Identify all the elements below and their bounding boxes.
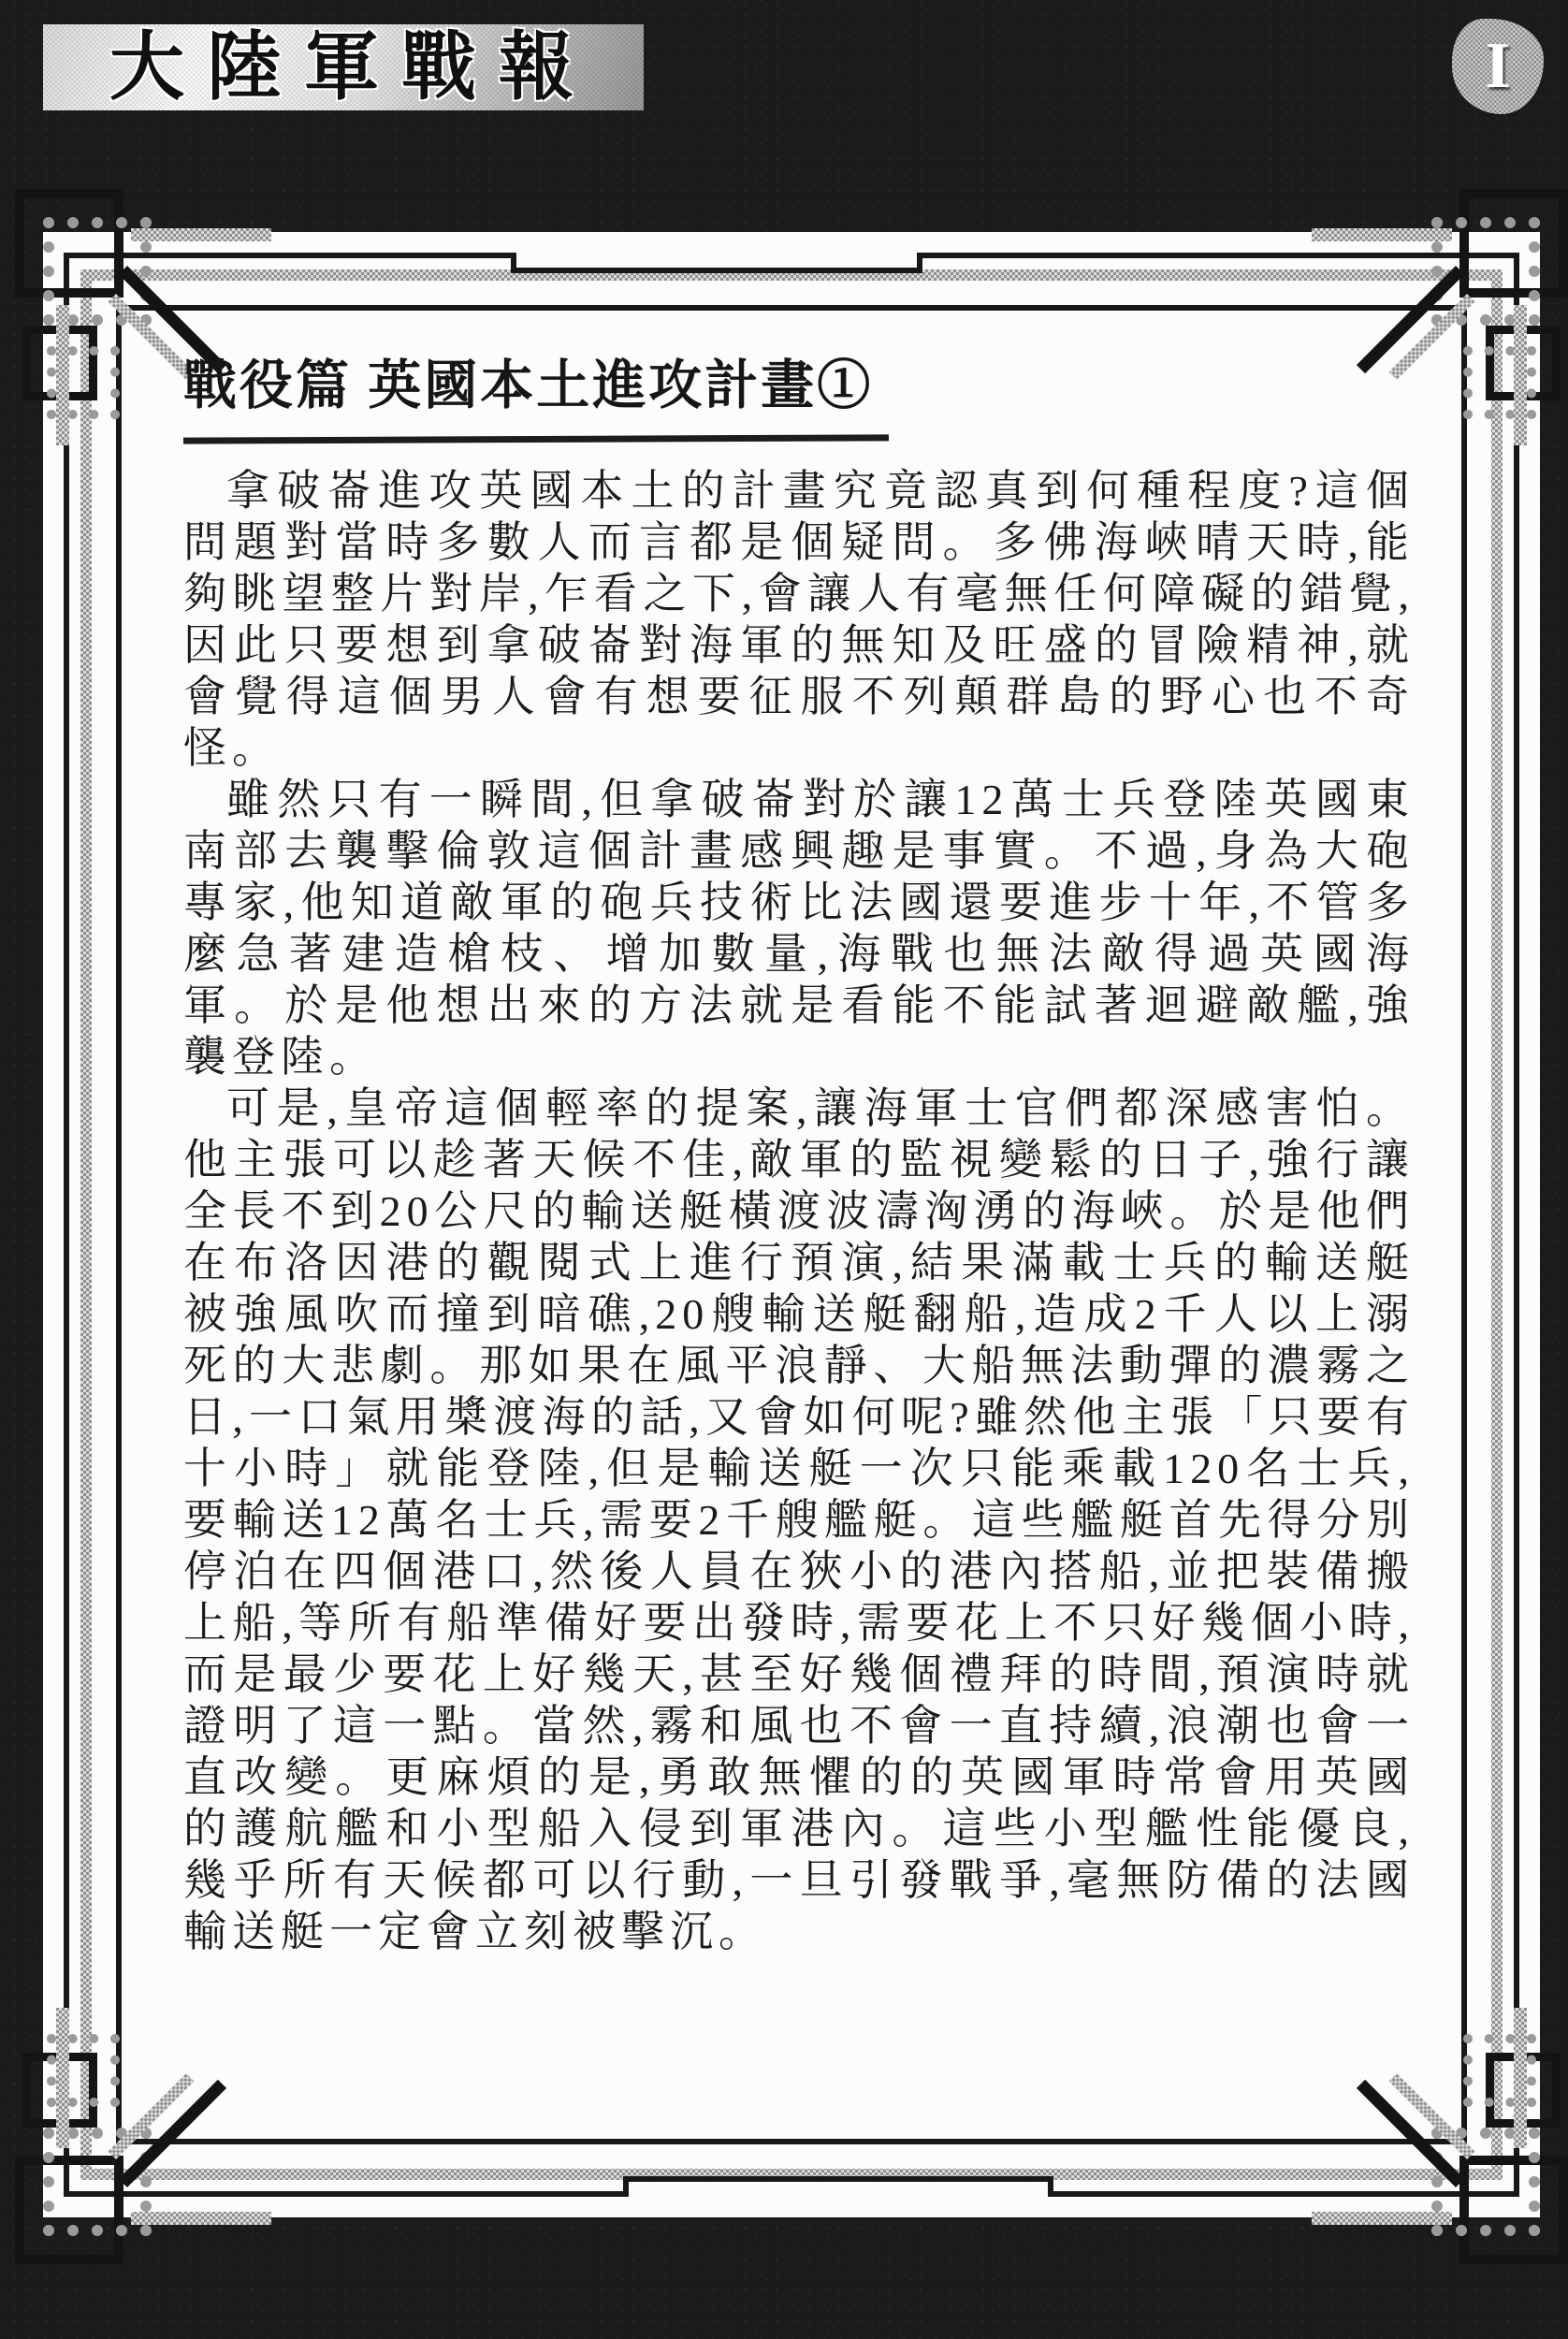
corner-bar-horizontal — [1312, 228, 1452, 241]
frame-border-step-joint — [917, 253, 922, 273]
heading-underline — [183, 434, 889, 443]
corner-bar-horizontal — [131, 228, 271, 241]
frame-border-step-line-top — [511, 268, 922, 273]
article-body: 拿破崙進攻英國本土的計畫究竟認真到何種程度?這個問題對當時多數人而言都是個疑問。… — [183, 465, 1415, 1957]
frame-border-step-joint — [511, 253, 516, 273]
article-paragraph-3: 可是,皇帝這個輕率的提案,讓海軍士官們都深感害怕。他主張可以趁著天候不佳,敵軍的… — [183, 1082, 1415, 1957]
article-heading: 戰役篇 英國本土進攻計畫① — [183, 356, 1415, 417]
frame-corner-ornament-bottom-right — [1315, 2012, 1568, 2264]
frame-border-step-line-bottom — [623, 2176, 1053, 2182]
article: 戰役篇 英國本土進攻計畫① 拿破崙進攻英國本土的計畫究竟認真到何種程度?這個問題… — [183, 356, 1415, 1957]
masthead-title: 大陸軍戰報 — [91, 30, 596, 105]
paper-panel: 戰役篇 英國本土進攻計畫① 拿破崙進攻英國本土的計畫究竟認真到何種程度?這個問題… — [43, 232, 1540, 2217]
corner-bar-horizontal — [131, 2212, 271, 2225]
frame-border-step-joint — [1048, 2176, 1053, 2197]
scanned-book-page: { "masthead": { "title": "大陸軍戰報", "page_… — [0, 0, 1568, 2339]
article-paragraph-2: 雖然只有一瞬間,但拿破崙對於讓12萬士兵登陸英國東南部去襲擊倫敦這個計畫感興趣是… — [183, 774, 1415, 1082]
article-paragraph-1: 拿破崙進攻英國本土的計畫究竟認真到何種程度?這個問題對當時多數人而言都是個疑問。… — [183, 465, 1415, 774]
frame-border-step-joint — [623, 2176, 629, 2197]
frame-border-step-cover-bottom — [623, 2189, 1053, 2199]
corner-bar-horizontal — [1312, 2212, 1452, 2225]
corner-bar-vertical — [1514, 2008, 1527, 2148]
corner-bar-vertical — [1514, 305, 1527, 445]
page-number-badge: I — [1452, 19, 1544, 114]
corner-bar-vertical — [56, 305, 69, 445]
corner-bar-vertical — [56, 2008, 69, 2148]
page-number: I — [1485, 34, 1510, 99]
masthead-plate: 大陸軍戰報 — [43, 24, 644, 110]
frame-corner-ornament-bottom-left — [15, 2012, 268, 2264]
frame-border-step-cover-top — [511, 251, 922, 260]
